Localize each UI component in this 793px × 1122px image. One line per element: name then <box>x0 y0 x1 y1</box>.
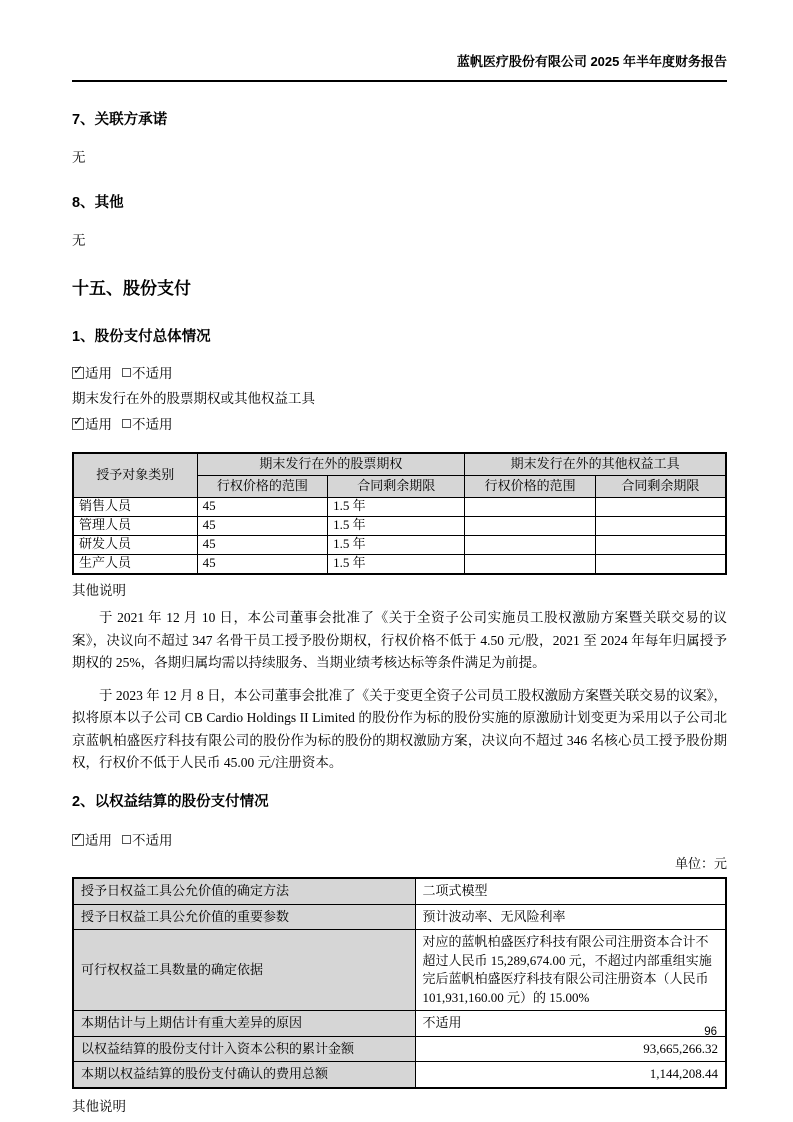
value-cell <box>595 535 726 554</box>
section-8-heading: 8、其他 <box>72 195 727 212</box>
category-cell: 生产人员 <box>73 554 197 574</box>
value-cell <box>595 554 726 574</box>
category-cell: 研发人员 <box>73 535 197 554</box>
category-cell: 管理人员 <box>73 516 197 535</box>
page-number: 96 <box>704 1026 717 1039</box>
value-cell <box>465 535 596 554</box>
group-header-cell: 期末发行在外的其他权益工具 <box>465 453 726 475</box>
group-header-cell: 期末发行在外的股票期权 <box>197 453 465 475</box>
value-cell <box>465 497 596 516</box>
row-label-cell: 以权益结算的股份支付计入资本公积的累计金额 <box>73 1036 415 1061</box>
other-notes-label: 其他说明 <box>72 583 727 599</box>
value-cell <box>465 516 596 535</box>
category-cell: 销售人员 <box>73 497 197 516</box>
subheader-cell: 行权价格的范围 <box>465 476 596 498</box>
value-cell: 45 <box>197 497 328 516</box>
row-label-cell: 本期估计与上期估计有重大差异的原因 <box>73 1011 415 1036</box>
unchecked-checkbox-icon <box>122 419 131 428</box>
row-label-cell: 授予日权益工具公允价值的重要参数 <box>73 904 415 929</box>
row-label-cell: 可行权权益工具数量的确定依据 <box>73 930 415 1011</box>
section-8-content: 无 <box>72 233 727 249</box>
value-cell <box>595 497 726 516</box>
notes-paragraph: 于 2023 年 12 月 8 日，本公司董事会批准了《关于变更全资子公司员工股… <box>72 685 727 775</box>
other-notes-label: 其他说明 <box>72 1099 727 1115</box>
subheader-cell: 合同剩余期限 <box>595 476 726 498</box>
value-cell: 1.5 年 <box>328 497 465 516</box>
table-row: 授予日权益工具公允价值的重要参数 预计波动率、无风险利率 <box>73 904 726 929</box>
section-7-heading: 7、关联方承诺 <box>72 112 727 129</box>
equity-settled-payment-table: 授予日权益工具公允价值的确定方法 二项式模型 授予日权益工具公允价值的重要参数 … <box>72 877 727 1088</box>
notes-paragraph: 于 2021 年 12 月 10 日，本公司董事会批准了《关于全资子公司实施员工… <box>72 607 727 674</box>
checked-checkbox-icon <box>72 367 84 379</box>
subsection-1-heading: 1、股份支付总体情况 <box>72 329 727 346</box>
table-row: 生产人员 45 1.5 年 <box>73 554 726 574</box>
applicable-check-line-2: 适用不适用 <box>72 417 727 433</box>
value-cell: 45 <box>197 516 328 535</box>
subsection-2-heading: 2、以权益结算的股份支付情况 <box>72 794 727 811</box>
table-row: 授予日权益工具公允价值的确定方法 二项式模型 <box>73 878 726 904</box>
row-value-cell: 不适用 <box>415 1011 726 1036</box>
applicable-check-line-1: 适用不适用 <box>72 366 727 382</box>
value-cell: 45 <box>197 554 328 574</box>
row-value-cell: 93,665,266.32 <box>415 1036 726 1061</box>
section-7-content: 无 <box>72 150 727 166</box>
subheader-cell: 合同剩余期限 <box>328 476 465 498</box>
table-row: 可行权权益工具数量的确定依据 对应的蓝帆柏盛医疗科技有限公司注册资本合计不超过人… <box>73 930 726 1011</box>
checked-checkbox-icon <box>72 418 84 430</box>
corner-header-cell: 授予对象类别 <box>73 453 197 497</box>
value-cell: 45 <box>197 535 328 554</box>
not-applicable-label: 不适用 <box>132 833 173 848</box>
table-row: 管理人员 45 1.5 年 <box>73 516 726 535</box>
report-page: 蓝帆医疗股份有限公司 2025 年半年度财务报告 7、关联方承诺 无 8、其他 … <box>0 0 793 1122</box>
subheader-cell: 行权价格的范围 <box>197 476 328 498</box>
unit-label: 单位：元 <box>72 857 727 872</box>
value-cell <box>595 516 726 535</box>
row-label-cell: 本期以权益结算的股份支付确认的费用总额 <box>73 1062 415 1088</box>
applicable-label: 适用 <box>85 366 112 381</box>
document-header-title: 蓝帆医疗股份有限公司 2025 年半年度财务报告 <box>72 55 727 82</box>
not-applicable-label: 不适用 <box>132 366 173 381</box>
value-cell <box>465 554 596 574</box>
section-15-heading: 十五、股份支付 <box>72 279 727 299</box>
value-cell: 1.5 年 <box>328 535 465 554</box>
table-row: 本期以权益结算的股份支付确认的费用总额 1,144,208.44 <box>73 1062 726 1088</box>
not-applicable-label: 不适用 <box>132 417 173 432</box>
unchecked-checkbox-icon <box>122 835 131 844</box>
stock-options-table: 授予对象类别 期末发行在外的股票期权 期末发行在外的其他权益工具 行权价格的范围… <box>72 452 727 575</box>
table-row: 研发人员 45 1.5 年 <box>73 535 726 554</box>
table-row: 以权益结算的股份支付计入资本公积的累计金额 93,665,266.32 <box>73 1036 726 1061</box>
table-header-row: 授予对象类别 期末发行在外的股票期权 期末发行在外的其他权益工具 <box>73 453 726 475</box>
unchecked-checkbox-icon <box>122 368 131 377</box>
applicable-label: 适用 <box>85 833 112 848</box>
applicable-label: 适用 <box>85 417 112 432</box>
table-row: 本期估计与上期估计有重大差异的原因 不适用 <box>73 1011 726 1036</box>
checked-checkbox-icon <box>72 834 84 846</box>
row-value-cell: 1,144,208.44 <box>415 1062 726 1088</box>
value-cell: 1.5 年 <box>328 554 465 574</box>
row-value-cell: 预计波动率、无风险利率 <box>415 904 726 929</box>
row-label-cell: 授予日权益工具公允价值的确定方法 <box>73 878 415 904</box>
table-row: 销售人员 45 1.5 年 <box>73 497 726 516</box>
row-value-cell: 对应的蓝帆柏盛医疗科技有限公司注册资本合计不超过人民币 15,289,674.0… <box>415 930 726 1011</box>
outstanding-options-note: 期末发行在外的股票期权或其他权益工具 <box>72 391 727 407</box>
row-value-cell: 二项式模型 <box>415 878 726 904</box>
applicable-check-line-3: 适用不适用 <box>72 833 727 849</box>
value-cell: 1.5 年 <box>328 516 465 535</box>
